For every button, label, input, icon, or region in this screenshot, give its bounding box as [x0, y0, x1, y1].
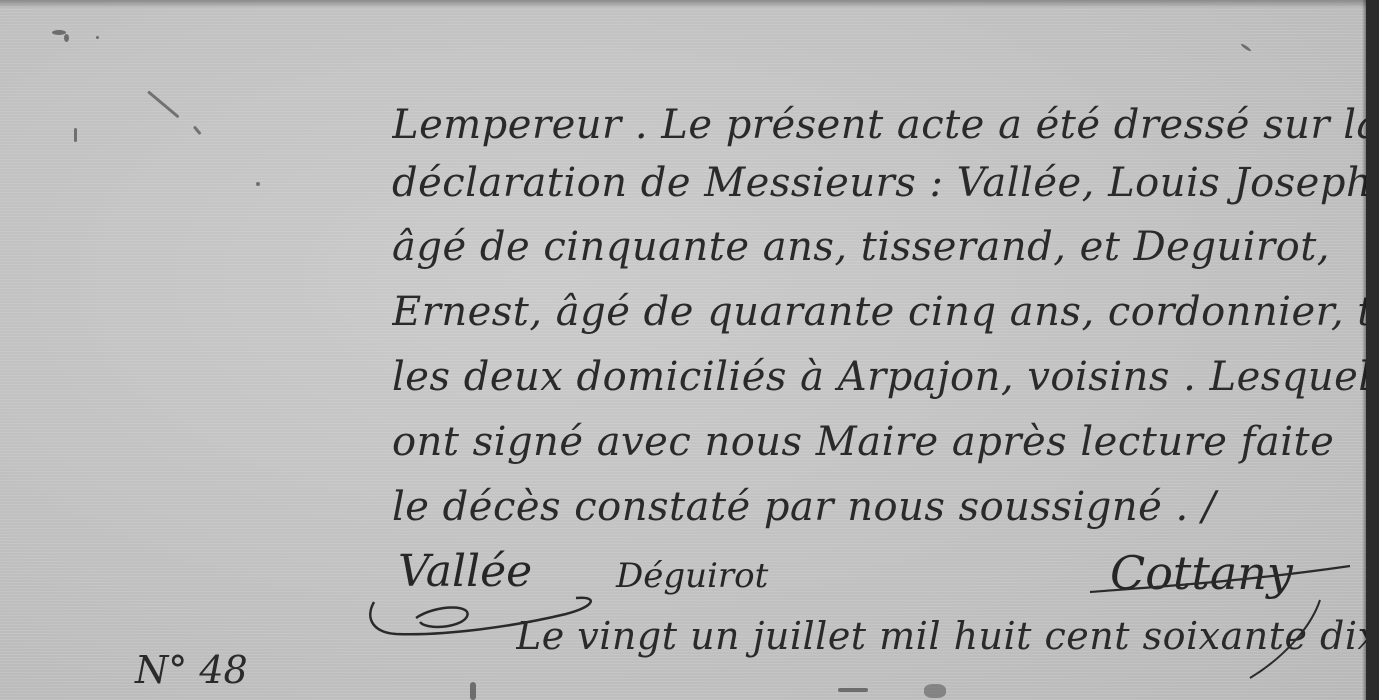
signature-witness-deguirot: Déguirot	[616, 556, 768, 596]
record-line-5: les deux domiciliés à Arpajon, voisins .…	[392, 352, 1367, 402]
ink-stroke-fragment	[838, 688, 868, 692]
signature-witness-vallee: Vallée	[398, 546, 532, 597]
ink-speck	[96, 36, 99, 39]
scanned-page: Lempereur . Le présent acte a été dressé…	[0, 0, 1366, 700]
record-line-4: Ernest, âgé de quarante cinq ans, cordon…	[392, 287, 1367, 337]
record-line-3: âgé de cinquante ans, tisserand, et Degu…	[392, 222, 1367, 272]
next-record-opening-line: Le vingt un juillet mil huit cent soixan…	[516, 614, 1366, 658]
ink-speck	[64, 34, 69, 42]
ink-speck	[1240, 43, 1252, 52]
record-line-7: le décès constaté par nous soussigné . /	[392, 482, 1367, 532]
page-top-shadow	[0, 0, 1366, 8]
record-number: N° 48	[135, 648, 248, 692]
ink-stroke-fragment	[924, 684, 946, 698]
ink-stroke-fragment	[470, 682, 476, 700]
margin-scratch	[147, 90, 180, 118]
margin-scratch	[193, 126, 202, 136]
scan-border-right	[1366, 0, 1379, 700]
ink-speck	[74, 128, 77, 142]
record-line-6: ont signé avec nous Maire après lecture …	[392, 417, 1367, 467]
ink-speck	[256, 182, 260, 186]
record-line-1: Lempereur . Le présent acte a été dressé…	[392, 100, 1367, 150]
record-line-2: déclaration de Messieurs : Vallée, Louis…	[392, 158, 1367, 208]
